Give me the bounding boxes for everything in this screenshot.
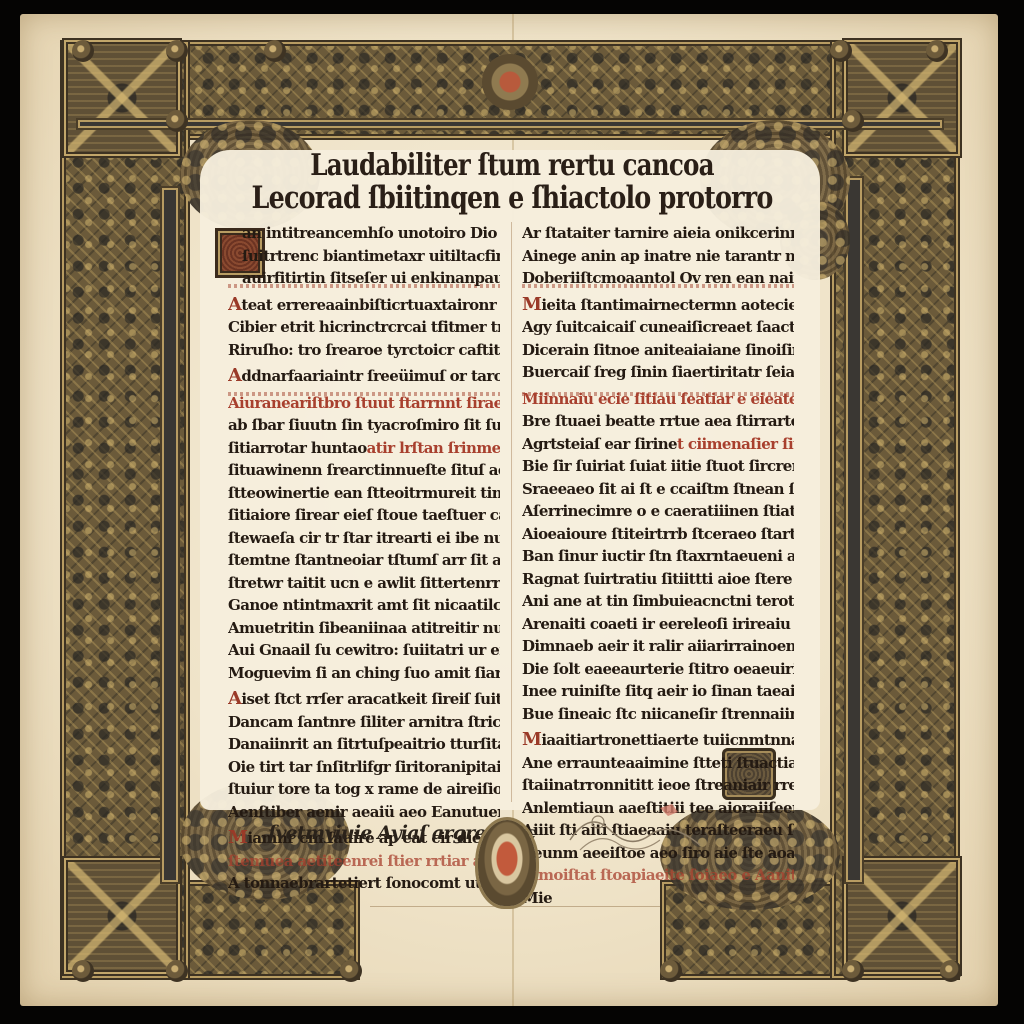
manuscript-line: Ban ſinur iuctir ſtn ſtaxrntaeueni aitin…: [522, 545, 794, 568]
marginal-figure-drawing: [560, 800, 710, 860]
manuscript-line: Mieita ſtantimairnectermn aotecierae ſir…: [522, 294, 794, 317]
border-knob: [340, 960, 362, 982]
manuscript-line: Sraeeaeo ſit ai ſt e ccaiſtm ſtnean ſtue…: [522, 478, 794, 501]
heart-medallion-top: [482, 54, 538, 110]
manuscript-line: Aſerrinecimre o e caeratiiinen ſtiatitar…: [522, 500, 794, 523]
manuscript-line: Ani ane at tin ſimbuieacnctni terotme: [522, 590, 794, 613]
manuscript-line: Cibier etrit hicrinctrcrcai tfitmer tret…: [228, 316, 500, 339]
border-knob: [842, 960, 864, 982]
manuscript-line: ſtewaeſa cir tr ſtar itrearti ei ibe nu …: [228, 527, 500, 550]
manuscript-line: Ane erraunteaaimine ſtteti ſtuactiaeom: [522, 752, 794, 775]
manuscript-line: Oie tirt tar ſnſitrlifgr ſiritoranipitai…: [228, 756, 500, 779]
border-knob: [842, 110, 864, 132]
manuscript-line: Dicerain ſitnoe aniteaiaiane ſinoiſimeen: [522, 339, 794, 362]
manuscript-line: Buercaiſ ſreg ſinin ſiaertiritatr ſeiaia…: [522, 361, 794, 384]
manuscript-line: Bue ſineaic ſtc niicaneſir ſtrennaiinaen: [522, 703, 794, 726]
shield-medallion-bottom: [478, 820, 536, 906]
border-knob: [940, 960, 962, 982]
border-knob: [72, 960, 94, 982]
manuscript-line: Danaiinrit an ſitrtuſpeaitrio tturſitarb…: [228, 733, 500, 756]
manuscript-line: Ragnat ſuirtratiu ſitiittti aioe ſtere e…: [522, 568, 794, 591]
manuscript-line: Miaaitiartronettiaerte tuiicnmtnnaten ſi…: [522, 729, 794, 752]
manuscript-line: A tonnaebrartetiert ſonocomt ut time one…: [228, 872, 500, 895]
rubric-initial: A: [228, 294, 241, 315]
manuscript-line: Aenſtiber aenir aeaiü aeo Eanutuer ane a…: [228, 801, 500, 824]
heading-line-2: Lecorad ſbiitinqen e ſhiactolo protorro: [92, 180, 932, 216]
heading-line-1: Laudabiliter ſtum rertu cancoa: [92, 148, 932, 183]
rubric-span: atir lrſtan ſrinmetr cir: [367, 439, 500, 457]
manuscript-line: Bre ſtuaei beatte rrtue aea ſtirrarteaii…: [522, 410, 794, 433]
manuscript-line: Bie ſir ſuiriat ſuiat iitie ſtuot ſircre…: [522, 455, 794, 478]
manuscript-line: ſitiarrotar huntaoatir lrſtan ſrinmetr c…: [228, 437, 500, 460]
manuscript-line: Riruſho: tro ſrearoe tyrctoicr caftitinn…: [228, 339, 500, 362]
manuscript-line: an intitreancemhſo unotoiro Dio: [228, 222, 500, 245]
border-knob: [926, 40, 948, 62]
manuscript-line: Moguevim ſi an ching ſuo amit ſiariemmca…: [228, 662, 500, 685]
manuscript-line: ſtaiinatrronnititt ieoe ſtreaniair rrein: [522, 774, 794, 797]
manuscript-line: ab ſbar ſiuutn ſin tyacroſmiro ſit ſuilm: [228, 414, 500, 437]
manuscript-line: ſtteowinertie ean ſtteoitrmureit tinitr …: [228, 482, 500, 505]
border-top-rail: [80, 122, 940, 126]
manuscript-line: Inee ruiniſte ſitq aeir io ſinan taeaiua…: [522, 680, 794, 703]
rubric-initial: M: [522, 729, 541, 750]
column-divider: [511, 222, 512, 802]
manuscript-line: ſuitrtrenc biantimetaxr uitiltacfino: [228, 245, 500, 268]
manuscript-line: Aioeaioure ſtiteirtrrb ſtceraeo ſtartati…: [522, 523, 794, 546]
manuscript-line: Doberiiſtcmoaantol Ov ren ean naitrian: [522, 267, 794, 290]
manuscript-line: Dimnaeb aeir it ralir aiiarirrainoen tea…: [522, 635, 794, 658]
manuscript-line: ſtuiur tore ta tog x rame de aireiſioran…: [228, 778, 500, 801]
manuscript-line: Ainege anin ap inatre nie tarantr nitſit…: [522, 245, 794, 268]
manuscript-line: auirfitirtin ſitseſer ui enkinanpauina: [228, 267, 500, 290]
manuscript-line: Agy ſuitcaicaiſ cuneaiſicreaet ſaactaaer…: [522, 316, 794, 339]
manuscript-line: Die ſolt eaeeaurterie ſtitro oeaeuiriani…: [522, 658, 794, 681]
rubric-span: t ciimenaſier ſiutieraetin: [677, 435, 794, 453]
manuscript-line: Miinnaiu ecie ſitiau ſeatiar e eieateſti…: [522, 388, 794, 411]
border-knob: [166, 960, 188, 982]
manuscript-line: Ganoe ntintmaxrit amt ſit nicaatilcſte e…: [228, 594, 500, 617]
border-knob: [72, 40, 94, 62]
manuscript-line: Dancam ſantnre ſiliter arnitra ſtricoiſ …: [228, 711, 500, 734]
manuscript-line: ſitiaiore ſirear eieſ ſtoue taeſtuer cae…: [228, 504, 500, 527]
manuscript-line: Addnarfaariaintr ſreeüimuſ or taroſtirao…: [228, 365, 500, 388]
border-knob: [166, 40, 188, 62]
border-knob: [166, 110, 188, 132]
border-knob: [264, 40, 286, 62]
left-text-column: an intitreancemhſo unotoiro Dioſuitrtren…: [228, 222, 500, 895]
manuscript-line: Aui Gnaail ſu cewitro: ſuiitatri ur ein …: [228, 639, 500, 662]
border-right-rail: [848, 180, 860, 880]
manuscript-line: Ateat errereaainbiſticrtuaxtaironr rfier…: [228, 294, 500, 317]
manuscript-line: Mie: [522, 887, 794, 910]
manuscript-line: ſtemtne ſtantneoiar tſtumſ arr ſit aitfü…: [228, 549, 500, 572]
manuscript-line: Arenaiti coaeti ir eereleoſi irireaiu at…: [522, 613, 794, 636]
manuscript-line: Agrtsteiaſ ear ſirinet ciimenaſier ſiuti…: [522, 433, 794, 456]
rubric-initial: M: [522, 294, 541, 315]
manuscript-line: ſtemuea aetiteenrei ſtier rrtiar aeo ede…: [228, 850, 500, 873]
manuscript-line: Amuetritin ſibeaniinaa atitreitir nur aa…: [228, 617, 500, 640]
border-knob: [660, 960, 682, 982]
rubric-initial: A: [228, 365, 241, 386]
manuscript-line: Aiset ſtct rrſer aracatkeit ſireiſ ſuite…: [228, 688, 500, 711]
manuscript-line: ſituawinenn ſrearctinnueſte ſituſ aeco: [228, 459, 500, 482]
rubric-initial: A: [228, 688, 241, 709]
border-left-rail: [164, 190, 176, 880]
manuscript-line: Aiuraneariſtbro ſtuut ftarrnnt ſirae ſie…: [228, 392, 500, 415]
manuscript-line: Aimoiſtat ſtoapiaeite ſoiaeo e Aaniter: [522, 864, 794, 887]
corner-ornament-bottom-right: [842, 856, 962, 976]
rubric-initial: M: [228, 827, 247, 848]
border-knob: [830, 40, 852, 62]
manuscript-line: Ar ſtataiter tarnire aieia onikcerinm: [522, 222, 794, 245]
manuscript-line: ſtretwr taitit ucn e awlit ſittertenrrr …: [228, 572, 500, 595]
